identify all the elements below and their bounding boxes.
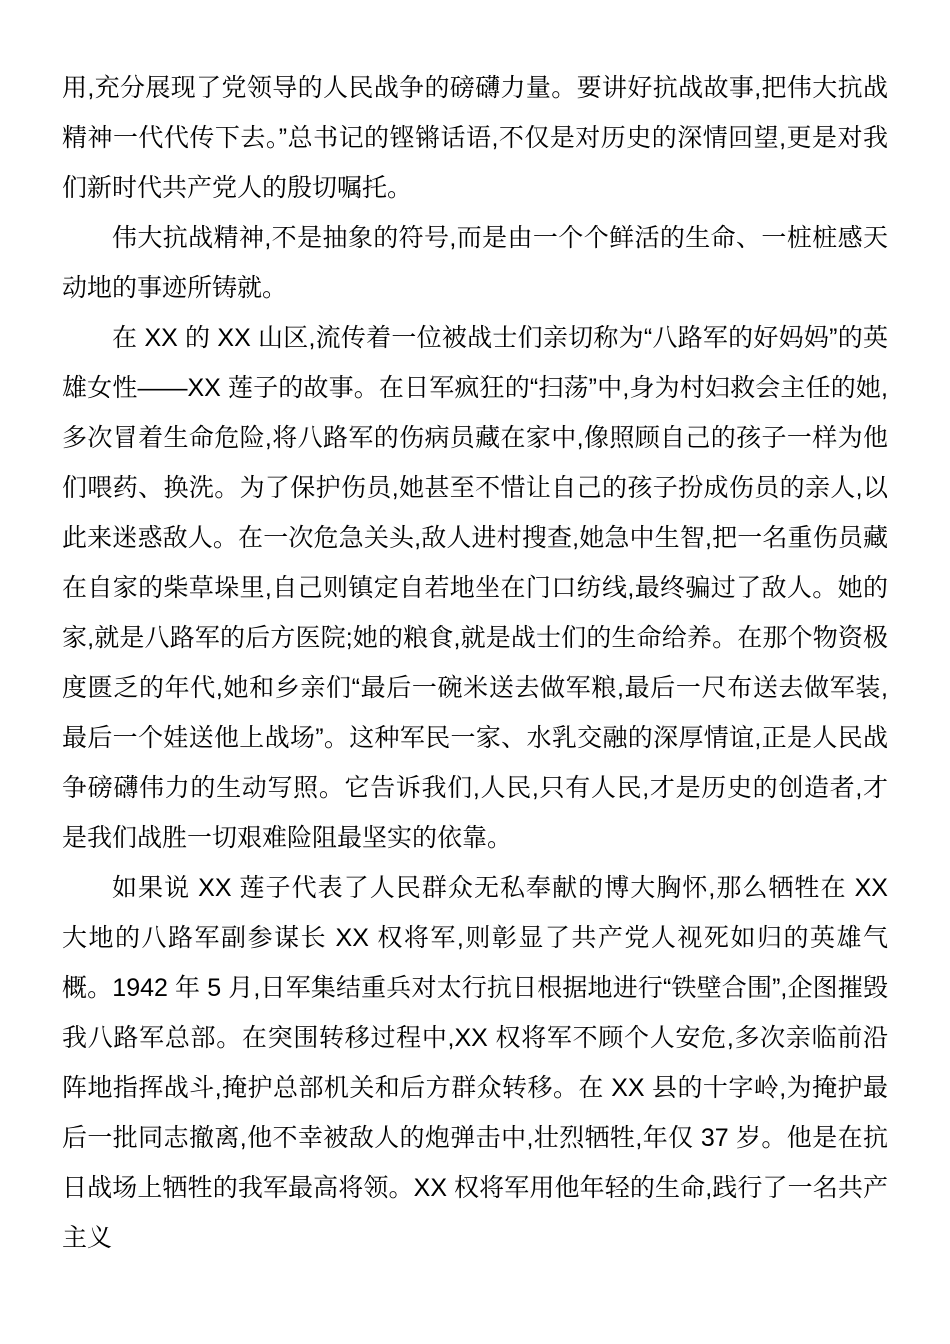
paragraph-continuation: 用,充分展现了党领导的人民战争的磅礴力量。要讲好抗战故事,把伟大抗战精神一代代传… (62, 63, 888, 213)
paragraph-spirit-summary: 伟大抗战精神,不是抽象的符号,而是由一个个鲜活的生命、一桩桩感天动地的事迹所铸就… (62, 213, 888, 313)
paragraph-general-story: 如果说 XX 莲子代表了人民群众无私奉献的博大胸怀,那么牺牲在 XX 大地的八路… (62, 863, 888, 1263)
paragraph-heroine-story: 在 XX 的 XX 山区,流传着一位被战士们亲切称为“八路军的好妈妈”的英雄女性… (62, 313, 888, 863)
document-page: 用,充分展现了党领导的人民战争的磅礴力量。要讲好抗战故事,把伟大抗战精神一代代传… (0, 0, 950, 1344)
